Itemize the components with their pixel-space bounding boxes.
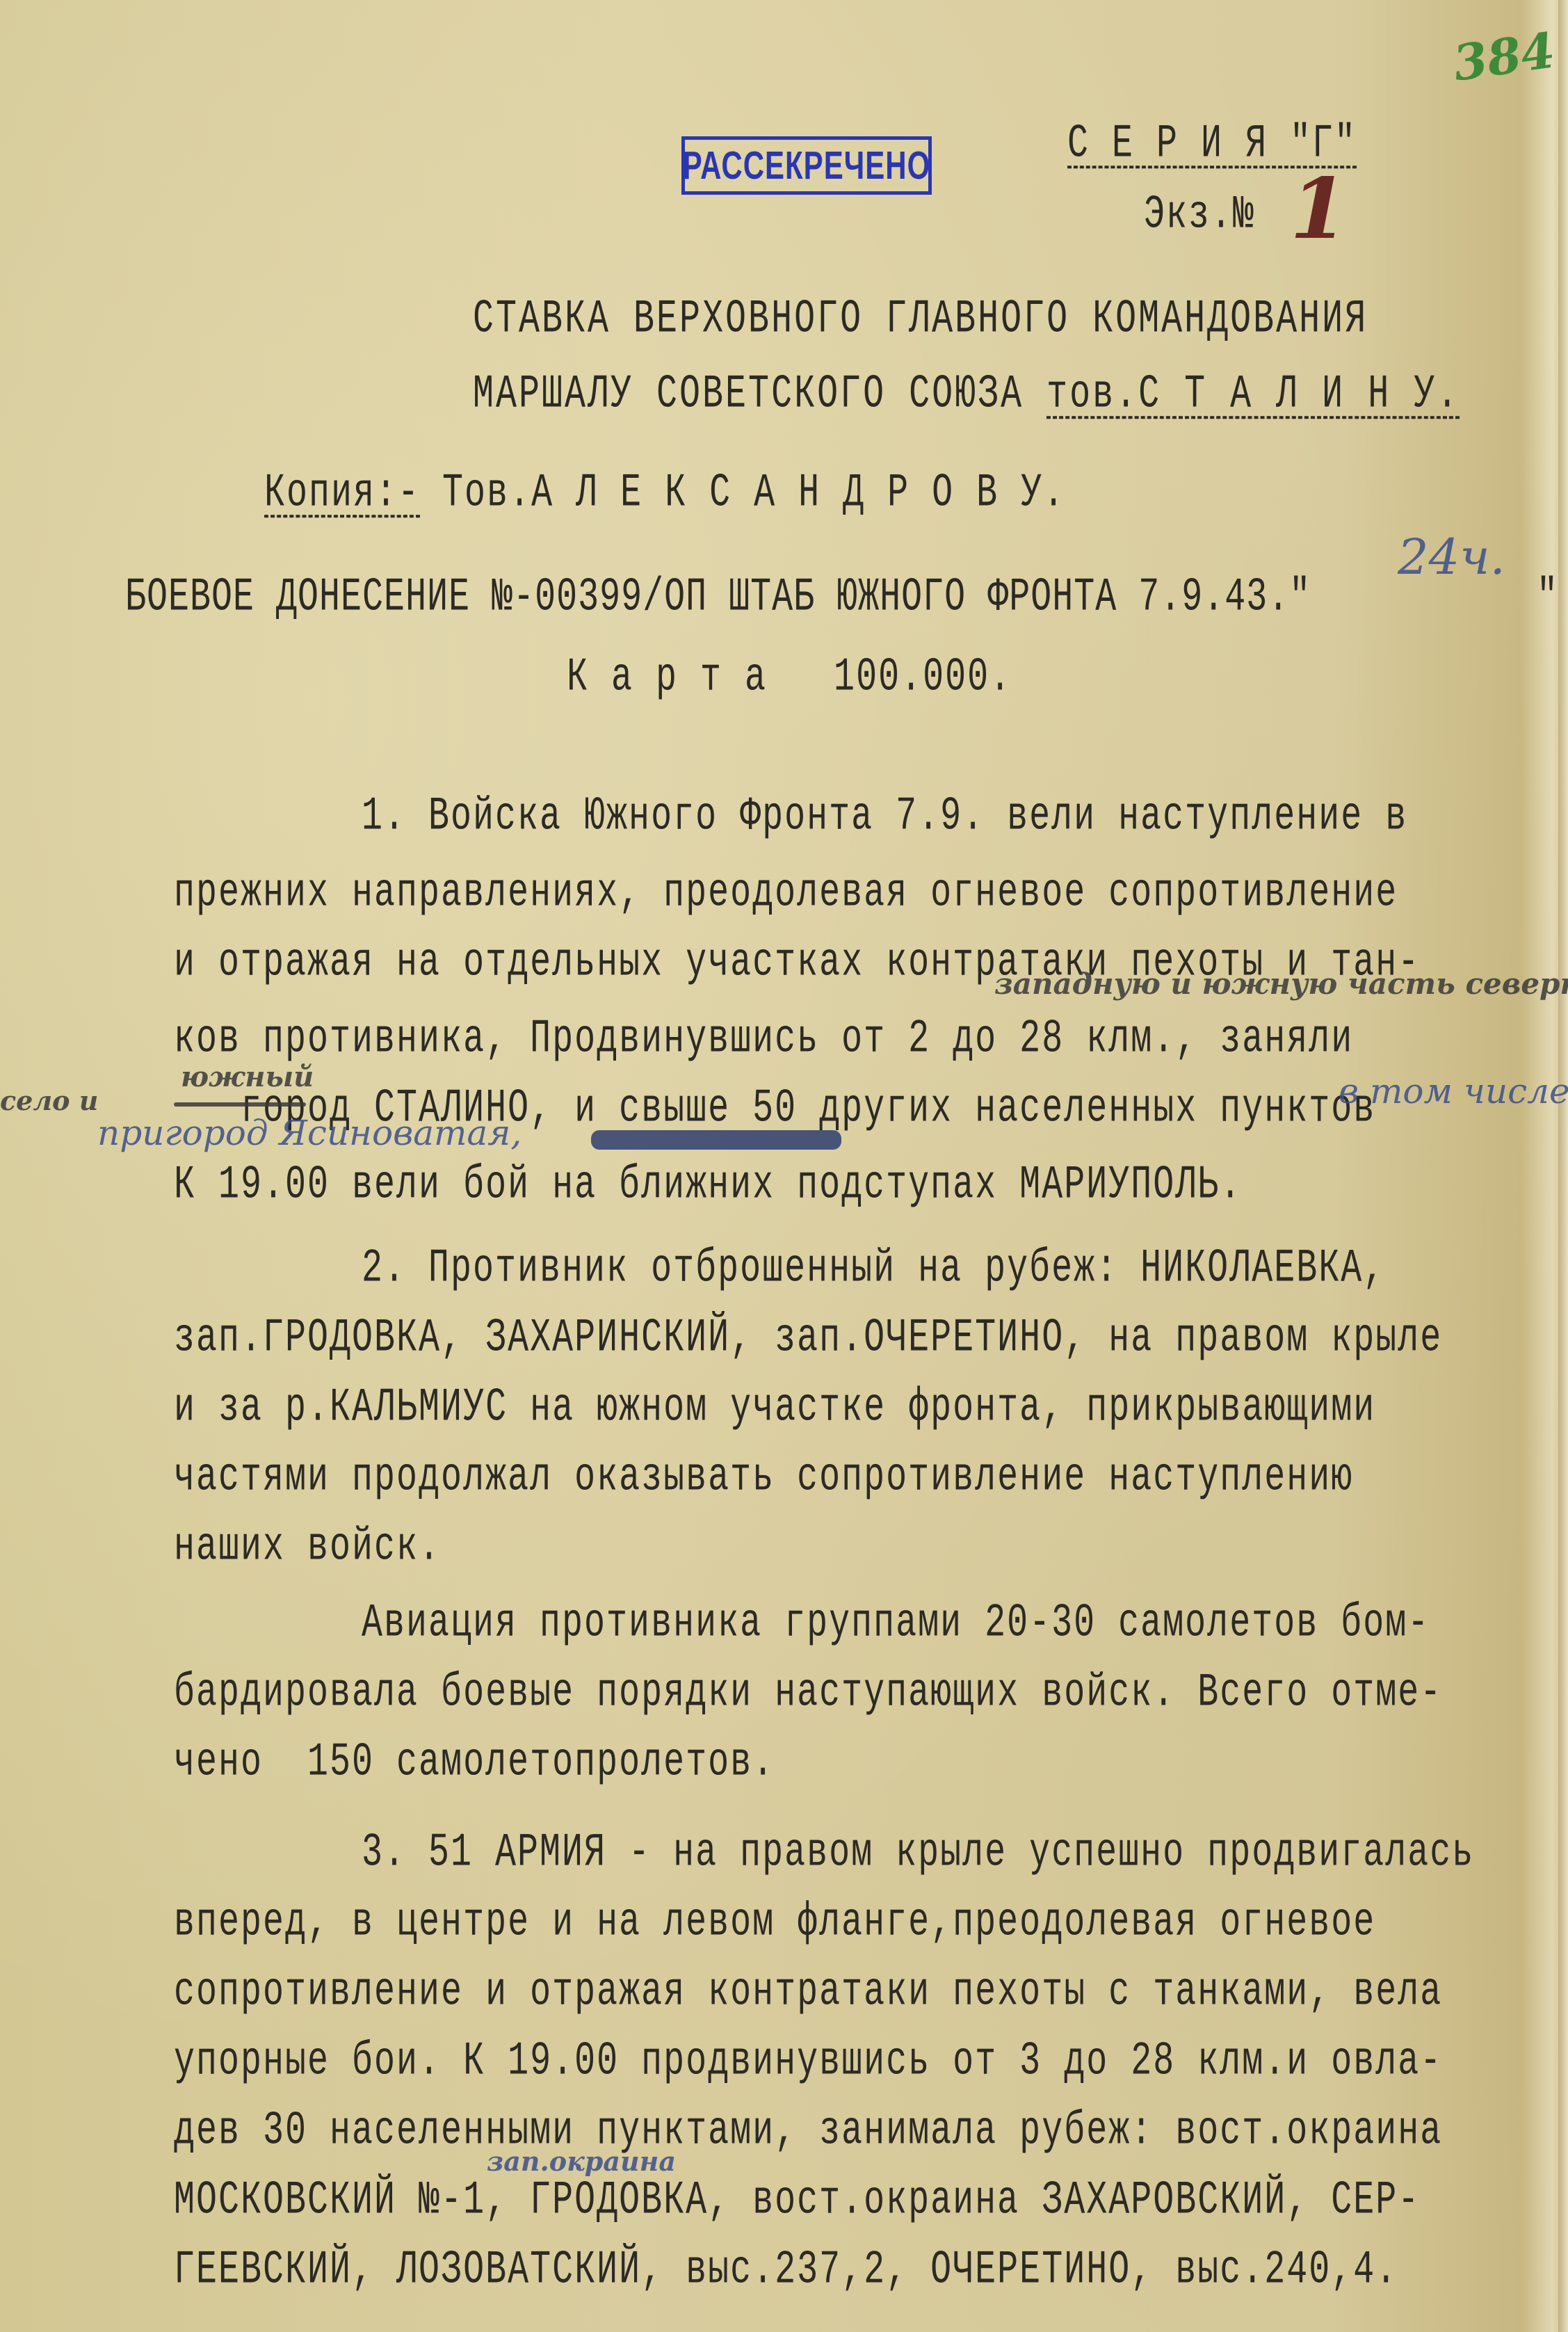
para1-annotation-left-margin: село и [0, 1085, 98, 1116]
para3-line-6: МОСКОВСКИЙ №-1, ГРОДОВКА, вост.окраина З… [174, 2173, 1420, 2230]
para3-line-5: дев 30 населенными пунктами, занимала ру… [174, 2104, 1442, 2160]
aviation-line-3: чено 150 самолетопролетов. [174, 1735, 775, 1792]
para1-line-4: ков противника, Продвинувшись от 2 до 28… [174, 1012, 1353, 1068]
declassified-stamp: РАССЕКРЕЧЕНО [681, 136, 932, 195]
archive-page-number: 384 [1450, 21, 1558, 93]
para3-line-7: ГЕЕВСКИЙ, ЛОЗОВАТСКИЙ, выс.237,2, ОЧЕРЕТ… [174, 2243, 1398, 2299]
blue-scribble-strikeout [591, 1130, 841, 1150]
map-scale: К а р т а 100.000. [567, 650, 1012, 707]
para1-line-2: прежних направлениях, преодолевая огнево… [174, 866, 1398, 922]
copy-recipient-line: Копия:- Тов.А Л Е К С А Н Д Р О В У. [264, 466, 1065, 522]
para2-line-3: и за р.КАЛЬМИУС на южном участке фронта,… [174, 1381, 1375, 1437]
para3-line-1: 3. 51 АРМИЯ - на правом крыле успешно пр… [362, 1826, 1474, 1882]
report-title-close-quote: " [1537, 570, 1559, 627]
para2-line-4: частями продолжал оказывать сопротивлени… [174, 1450, 1353, 1506]
para1-line-6: К 19.00 вели бой на ближних подступах МА… [174, 1158, 1242, 1214]
addressee-line-2: МАРШАЛУ СОВЕТСКОГО СОЮЗА тов.С Т А Л И Н… [473, 367, 1460, 424]
aviation-line-2: бардировала боевые порядки наступающих в… [174, 1666, 1442, 1722]
para3-annotation-west-outskirts: зап.окраина [487, 2146, 676, 2177]
report-title: БОЕВОЕ ДОНЕСЕНИЕ №-00399/ОП ШТАБ ЮЖНОГО … [125, 570, 1311, 627]
strikethrough-gorod [174, 1102, 306, 1107]
para3-line-4: упорные бои. К 19.00 продвинувшись от 3 … [174, 2034, 1442, 2091]
para3-line-3: сопротивление и отражая контратаки пехот… [174, 1965, 1442, 2021]
para1-annotation-west-south: западную и южную часть северного [994, 967, 1568, 1001]
para3-line-2: вперед, в центре и на левом фланге,преод… [174, 1895, 1375, 1952]
copy-number-handwritten: 1 [1290, 160, 1348, 258]
para2-line-1: 2. Противник отброшенный на рубеж: НИКОЛ… [362, 1241, 1385, 1298]
para2-line-5: наших войск. [174, 1520, 441, 1576]
para1-annotation-including: в том числе [1339, 1071, 1568, 1111]
page-edge [1558, 0, 1568, 2332]
para1-line-1: 1. Войска Южного Фронта 7.9. вели наступ… [362, 789, 1407, 846]
document-page: 384 РАССЕКРЕЧЕНО С Е Р И Я "Г" Экз.№ 1 С… [0, 0, 1568, 2332]
report-time-handwritten: 24ч. [1398, 529, 1505, 586]
para2-line-2: зап.ГРОДОВКА, ЗАХАРИНСКИЙ, зап.ОЧЕРЕТИНО… [174, 1311, 1442, 1367]
addressee-line-1: СТАВКА ВЕРХОВНОГО ГЛАВНОГО КОМАНДОВАНИЯ [473, 292, 1368, 348]
copy-number-label: Экз.№ [1144, 188, 1255, 244]
aviation-line-1: Авиация противника группами 20-30 самоле… [362, 1596, 1430, 1652]
para1-annotation-suburb: пригород Ясиноватая, [97, 1113, 522, 1153]
